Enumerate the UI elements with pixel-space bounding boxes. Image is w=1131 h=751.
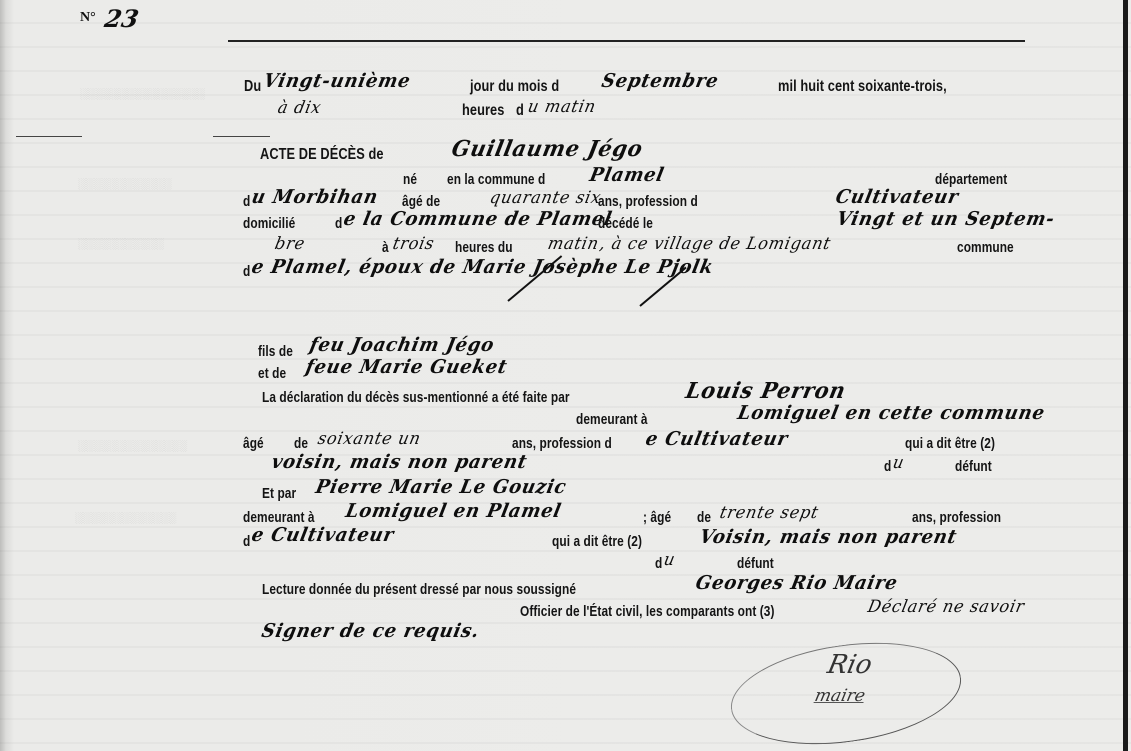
field-declarant1-residence: Lomiguel en cette commune <box>736 402 1047 424</box>
field-month: Septembre <box>600 70 721 92</box>
label-fils-de: fils de <box>258 344 293 360</box>
field-declarant1-age: soixante un <box>316 429 423 449</box>
label-age-3: ; âgé <box>643 510 671 526</box>
label-de: de <box>294 436 308 452</box>
label-ans-profession: ans, profession d <box>512 436 612 452</box>
label-defunt: défunt <box>955 459 992 475</box>
field-declarant1-profession: e Cultivateur <box>644 428 790 450</box>
field-death-time-of-day: matin <box>546 234 601 254</box>
label-age: âgé <box>243 436 264 452</box>
label-qui-a-dit-etre: qui a dit être (2) <box>905 436 995 452</box>
bleed-through-text: ░░░░░░░░░░░░░ <box>75 512 176 524</box>
field-time-of-day: u matin <box>526 97 598 117</box>
label-de-3: de <box>697 510 711 526</box>
label-declaration: La déclaration du décès sus-mentionné a … <box>262 390 570 406</box>
field-declarant2-profession: e Cultivateur <box>250 524 396 546</box>
margin-rule <box>213 136 270 137</box>
field-declarant2-age: trente sept <box>718 503 820 523</box>
field-declarant2-name: Pierre Marie Le Gouzic <box>314 476 569 498</box>
field-father: feu Joachim Jégo <box>308 334 497 356</box>
field-declaration-end: Déclaré ne savoir <box>866 597 1026 617</box>
label-heures-du: heures du <box>455 240 513 256</box>
field-declarant1-name: Louis Perron <box>683 378 848 404</box>
label-a: à <box>382 240 389 256</box>
field-death-commune-spouse: e Plamel, époux de Marie Josèphe Le Pjol… <box>250 256 716 278</box>
label-et-par: Et par <box>262 486 296 502</box>
label-commune: commune <box>957 240 1014 256</box>
record-number: 23 <box>102 4 141 33</box>
bleed-through-text: ░░░░░░░░░░░░░░ <box>78 440 187 452</box>
field-declarant2-relation: Voisin, mais non parent <box>698 526 959 548</box>
bleed-through-text: ░░░░░░░░░░░░ <box>78 178 172 190</box>
label-domicilie: domicilié <box>243 216 295 232</box>
field-death-date: Vingt et un Septem- <box>835 208 1057 230</box>
label-year: mil huit cent soixante-trois, <box>778 78 947 96</box>
field-mother: feue Marie Gueket <box>304 356 510 378</box>
label-heures: heures <box>462 102 504 120</box>
field-domicile: e la Commune de Plamel <box>342 208 614 230</box>
field-deceased-name: Guillaume Jégo <box>449 136 645 162</box>
field-declarant2-residence: Lomiguel en Plamel <box>344 500 564 522</box>
signature-name: Rio <box>825 650 875 680</box>
label-decede-le: décédé le <box>598 216 653 232</box>
page-border <box>1123 0 1128 751</box>
field-officer: Georges Rio Maire <box>694 572 900 594</box>
field-declarant1-relation: voisin, mais non parent <box>270 451 529 473</box>
label-officier: Officier de l'État civil, les comparants… <box>520 604 775 620</box>
header-rule <box>228 40 1025 42</box>
field-death-hour: trois <box>391 234 436 254</box>
label-qui-a-dit-etre-2: qui a dit être (2) <box>552 534 642 550</box>
field-birth-commune: Plamel <box>588 164 667 186</box>
label-lecture: Lecture donnée du présent dressé par nou… <box>262 582 576 598</box>
document-page: ░░░░░░░░░░░░░░░░ ░░░░░░░░░░░░ ░░░░░░░░░░… <box>0 0 1131 751</box>
field-declarant2-d: u <box>662 550 677 570</box>
field-death-date-cont: bre <box>273 234 307 254</box>
record-number-label: N° <box>80 10 96 26</box>
label-d: d <box>516 102 524 120</box>
label-d-prof3: d <box>243 534 250 550</box>
label-et-de: et de <box>258 366 286 382</box>
bleed-through-text: ░░░░░░░░░░░░░░░░ <box>80 88 205 100</box>
label-defunt-2: défunt <box>737 556 774 572</box>
field-signing: Signer de ce requis. <box>260 620 482 642</box>
field-profession: Cultivateur <box>834 186 961 208</box>
label-en-la-commune: en la commune d <box>447 172 545 188</box>
field-department: u Morbihan <box>250 186 380 208</box>
margin-rule <box>16 136 82 137</box>
label-ne: né <box>403 172 417 188</box>
field-day: Vingt-unième <box>262 70 413 92</box>
field-declarant1-d: u <box>891 453 906 473</box>
label-demeurant-a: demeurant à <box>576 412 648 428</box>
label-du: Du <box>244 78 261 96</box>
field-age: quarante six <box>488 188 603 208</box>
field-death-place: , à ce village de Lomigant <box>598 234 833 254</box>
bleed-through-text: ░░░░░░░░░░░ <box>78 238 164 250</box>
label-ans-profession-3: ans, profession <box>912 510 1001 526</box>
signature-title: maire <box>813 686 867 706</box>
label-jour-du-mois: jour du mois d <box>470 78 559 96</box>
field-hour: à dix <box>276 98 323 118</box>
label-acte-de-deces: ACTE DE DÉCÈS de <box>260 146 384 164</box>
